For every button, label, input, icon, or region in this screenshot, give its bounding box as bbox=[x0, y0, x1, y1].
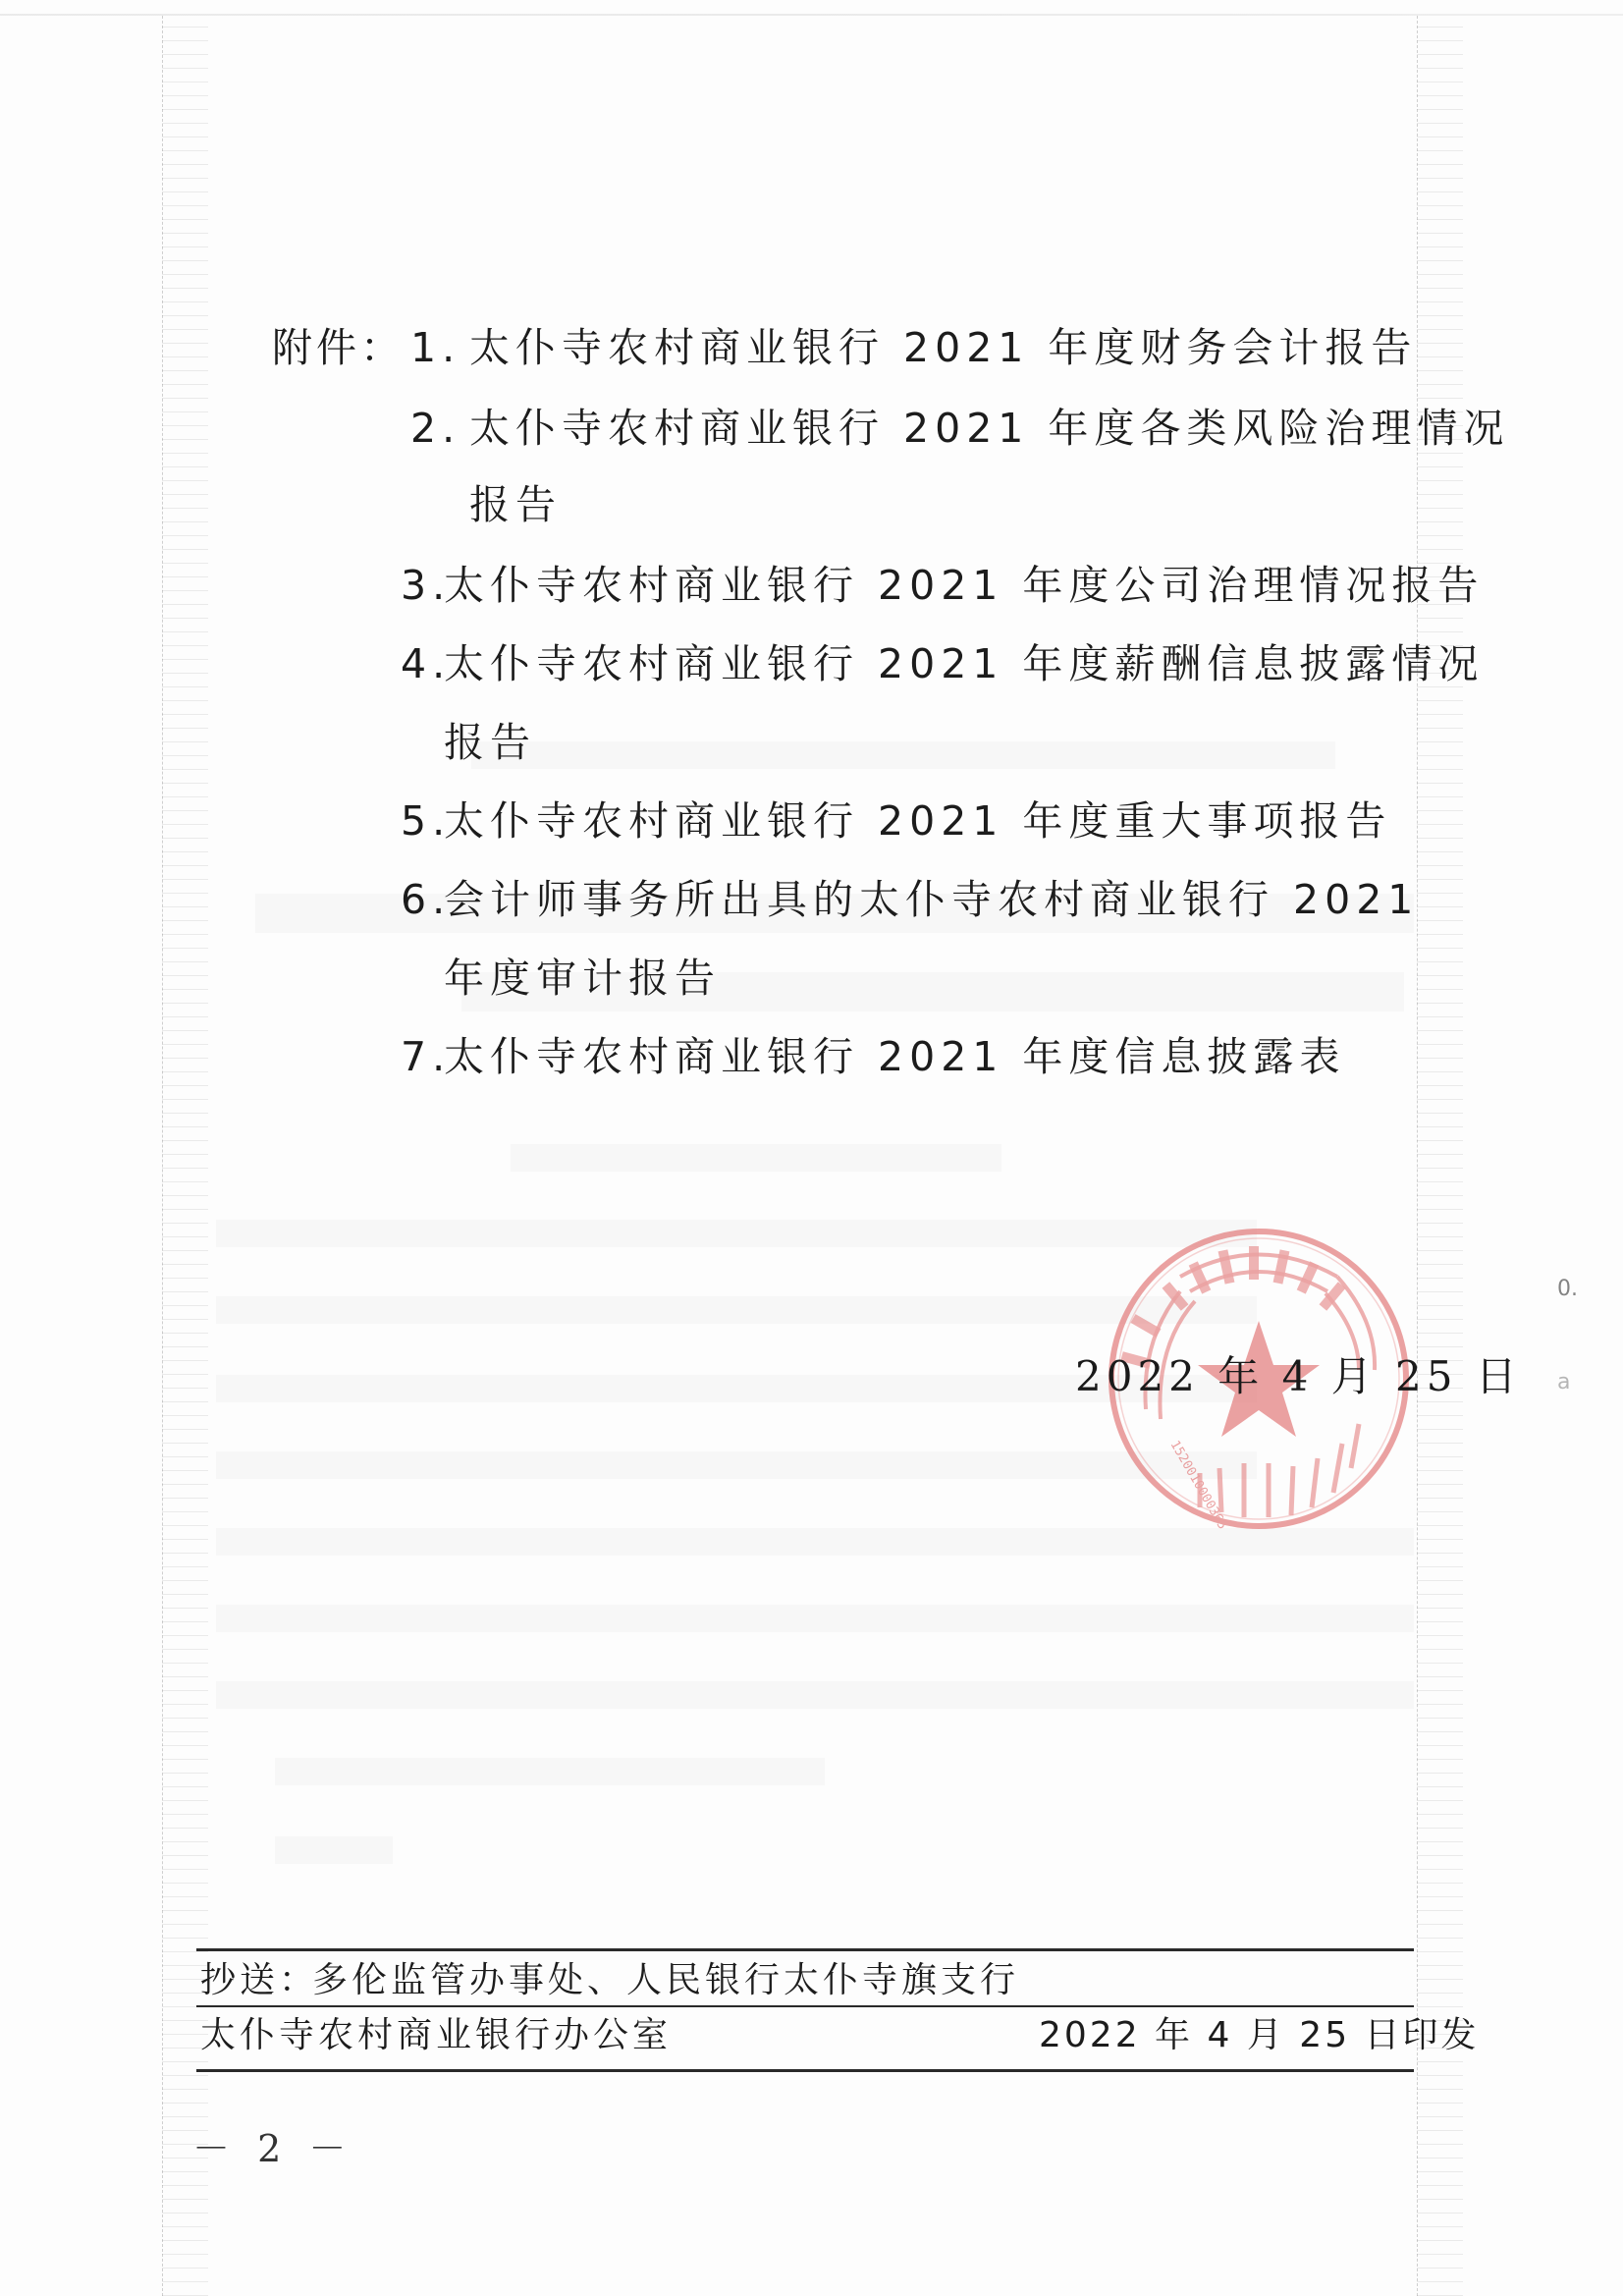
footer-rule-top bbox=[196, 1948, 1414, 1951]
bleed-through-ghost bbox=[216, 1681, 1414, 1709]
issue-date: 2022 年 4 月 25 日印发 bbox=[1039, 2015, 1480, 2056]
footer-rule-bottom bbox=[196, 2069, 1414, 2072]
scan-binding-strip-right bbox=[1417, 16, 1463, 2296]
attachment-title: 太仆寺农村商业银行 2021 年度财务会计报告 bbox=[469, 324, 1417, 371]
scan-artifact: a bbox=[1557, 1370, 1570, 1394]
document-page: 附件： 1. 太仆寺农村商业银行 2021 年度财务会计报告 2. 太仆寺农村商… bbox=[0, 0, 1623, 2296]
attachment-title: 太仆寺农村商业银行 2021 年度信息披露表 bbox=[444, 1033, 1345, 1080]
signature-date: 2022 年 4 月 25 日 bbox=[1075, 1353, 1522, 1400]
attachment-title: 太仆寺农村商业银行 2021 年度公司治理情况报告 bbox=[444, 562, 1484, 609]
bleed-through-ghost bbox=[511, 1144, 1001, 1172]
bleed-through-ghost bbox=[216, 1220, 1257, 1247]
bleed-through-ghost bbox=[216, 1605, 1414, 1632]
page-number: － 2 － bbox=[192, 2127, 353, 2170]
issuing-office: 太仆寺农村商业银行办公室 bbox=[200, 2015, 672, 2056]
attachment-title-continued: 报告 bbox=[469, 481, 562, 528]
cc-recipients: 多伦监管办事处、人民银行太仆寺旗支行 bbox=[312, 1960, 1019, 2001]
attachment-title: 太仆寺农村商业银行 2021 年度各类风险治理情况 bbox=[469, 405, 1509, 452]
scan-top-edge bbox=[0, 14, 1623, 16]
attachment-title: 会计师事务所出具的太仆寺农村商业银行 2021 bbox=[444, 876, 1419, 923]
attachments-label: 附件： bbox=[272, 324, 405, 371]
attachment-title: 太仆寺农村商业银行 2021 年度重大事项报告 bbox=[444, 797, 1391, 845]
bleed-through-ghost bbox=[471, 741, 1335, 769]
footer-rule-middle bbox=[196, 2005, 1414, 2007]
bleed-through-ghost bbox=[216, 1451, 1257, 1479]
scan-binding-strip-left bbox=[162, 16, 208, 2296]
attachment-number: 1. bbox=[410, 324, 460, 371]
attachment-title-continued: 报告 bbox=[444, 719, 536, 766]
attachment-title: 太仆寺农村商业银行 2021 年度薪酬信息披露情况 bbox=[444, 640, 1484, 687]
attachment-number: 2. bbox=[410, 405, 460, 452]
bleed-through-ghost bbox=[275, 1758, 825, 1785]
attachment-title-continued: 年度审计报告 bbox=[444, 955, 721, 1002]
bleed-through-ghost bbox=[275, 1836, 393, 1864]
bleed-through-ghost bbox=[216, 1296, 1257, 1324]
cc-label: 抄送： bbox=[200, 1960, 318, 2001]
scan-artifact: 0. bbox=[1557, 1277, 1578, 1301]
